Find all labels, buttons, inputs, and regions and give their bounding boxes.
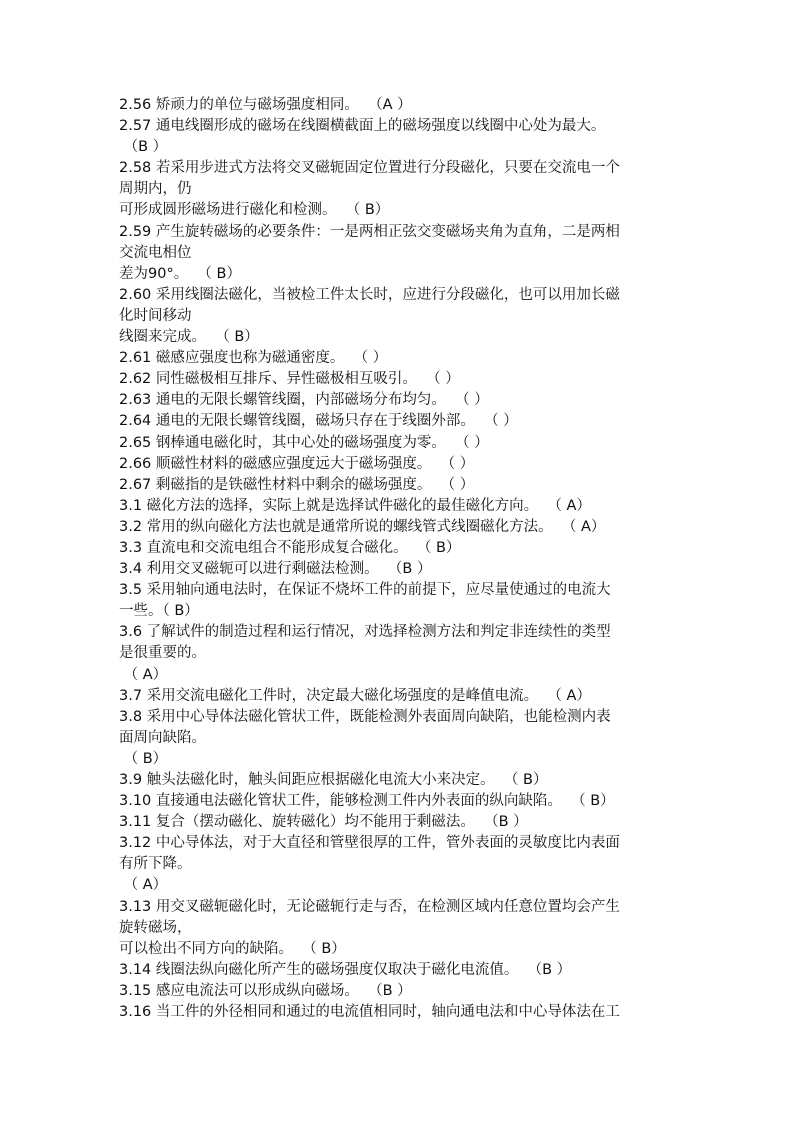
text-line: 3.9 触头法磁化时，触头间距应根据磁化电流大小来决定。 （ B） [119, 770, 685, 791]
text-line: 3.1 磁化方法的选择，实际上就是选择试件磁化的最佳磁化方向。 （ A） [119, 496, 685, 517]
text-line: 周期内，仍 [119, 179, 685, 200]
text-line: 2.61 磁感应强度也称为磁通密度。 （ ） [119, 348, 685, 369]
text-line: 面周向缺陷。 [119, 728, 685, 749]
text-line: 3.5 采用轴向通电法时，在保证不烧坏工件的前提下，应尽量使通过的电流大 [119, 580, 685, 601]
text-line: 3.6 了解试件的制造过程和运行情况，对选择检测方法和判定非连续性的类型 [119, 622, 685, 643]
text-line: 交流电相位 [119, 243, 685, 264]
text-line: 3.12 中心导体法，对于大直径和管壁很厚的工件，管外表面的灵敏度比内表面 [119, 833, 685, 854]
text-line: 2.59 产生旋转磁场的必要条件：一是两相正弦交变磁场夹角为直角，二是两相 [119, 222, 685, 243]
text-line: 2.56 矫顽力的单位与磁场强度相同。 （A ） [119, 95, 685, 116]
text-line: 2.62 同性磁极相互排斥、异性磁极相互吸引。 （ ） [119, 369, 685, 390]
text-line: 3.13 用交叉磁轭磁化时，无论磁轭行走与否，在检测区域内任意位置均会产生 [119, 897, 685, 918]
text-line: 3.7 采用交流电磁化工件时，决定最大磁化场强度的是峰值电流。 （ A） [119, 686, 685, 707]
text-line: 3.4 利用交叉磁轭可以进行剩磁法检测。 （B ） [119, 559, 685, 580]
text-line: 有所下降。 [119, 854, 685, 875]
text-line: 2.57 通电线圈形成的磁场在线圈横截面上的磁场强度以线圈中心处为最大。 [119, 116, 685, 137]
text-line: 可以检出不同方向的缺陷。 （ B） [119, 939, 685, 960]
text-line: 3.8 采用中心导体法磁化管状工件，既能检测外表面周向缺陷，也能检测内表 [119, 707, 685, 728]
text-line: 化时间移动 [119, 306, 685, 327]
text-line: 可形成圆形磁场进行磁化和检测。 （ B） [119, 200, 685, 221]
document-page: 2.56 矫顽力的单位与磁场强度相同。 （A ） 2.57 通电线圈形成的磁场在… [119, 95, 685, 1023]
text-line: 3.15 感应电流法可以形成纵向磁场。 （B ） [119, 981, 685, 1002]
text-line: 3.11 复合（摆动磁化、旋转磁化）均不能用于剩磁法。 （B ） [119, 812, 685, 833]
text-line: 2.60 采用线圈法磁化，当被检工件太长时，应进行分段磁化，也可以用加长磁 [119, 285, 685, 306]
text-line: 旋转磁场， [119, 918, 685, 939]
text-line: （ A） [119, 665, 685, 686]
text-line: 一些。（ B） [119, 601, 685, 622]
text-line: （B ） [119, 137, 685, 158]
text-line: 是很重要的。 [119, 643, 685, 664]
text-line: （ A） [119, 875, 685, 896]
text-line: 3.3 直流电和交流电组合不能形成复合磁化。 （ B） [119, 538, 685, 559]
text-line: 3.2 常用的纵向磁化方法也就是通常所说的螺线管式线圈磁化方法。 （ A） [119, 517, 685, 538]
text-line: 2.67 剩磁指的是铁磁性材料中剩余的磁场强度。 （ ） [119, 475, 685, 496]
text-line: 2.58 若采用步进式方法将交叉磁轭固定位置进行分段磁化，只要在交流电一个 [119, 158, 685, 179]
text-line: （ B） [119, 749, 685, 770]
text-line: 差为90°。 （ B） [119, 264, 685, 285]
text-line: 线圈来完成。 （ B） [119, 327, 685, 348]
text-line: 3.14 线圈法纵向磁化所产生的磁场强度仅取决于磁化电流值。 （B ） [119, 960, 685, 981]
text-line: 2.65 钢棒通电磁化时，其中心处的磁场强度为零。 （ ） [119, 433, 685, 454]
text-line: 2.66 顺磁性材料的磁感应强度远大于磁场强度。 （ ） [119, 454, 685, 475]
text-line: 3.10 直接通电法磁化管状工件，能够检测工件内外表面的纵向缺陷。 （ B） [119, 791, 685, 812]
text-line: 2.64 通电的无限长螺管线圈，磁场只存在于线圈外部。 （ ） [119, 411, 685, 432]
text-line: 3.16 当工件的外径相同和通过的电流值相同时，轴向通电法和中心导体法在工 [119, 1002, 685, 1023]
text-line: 2.63 通电的无限长螺管线圈，内部磁场分布均匀。 （ ） [119, 390, 685, 411]
